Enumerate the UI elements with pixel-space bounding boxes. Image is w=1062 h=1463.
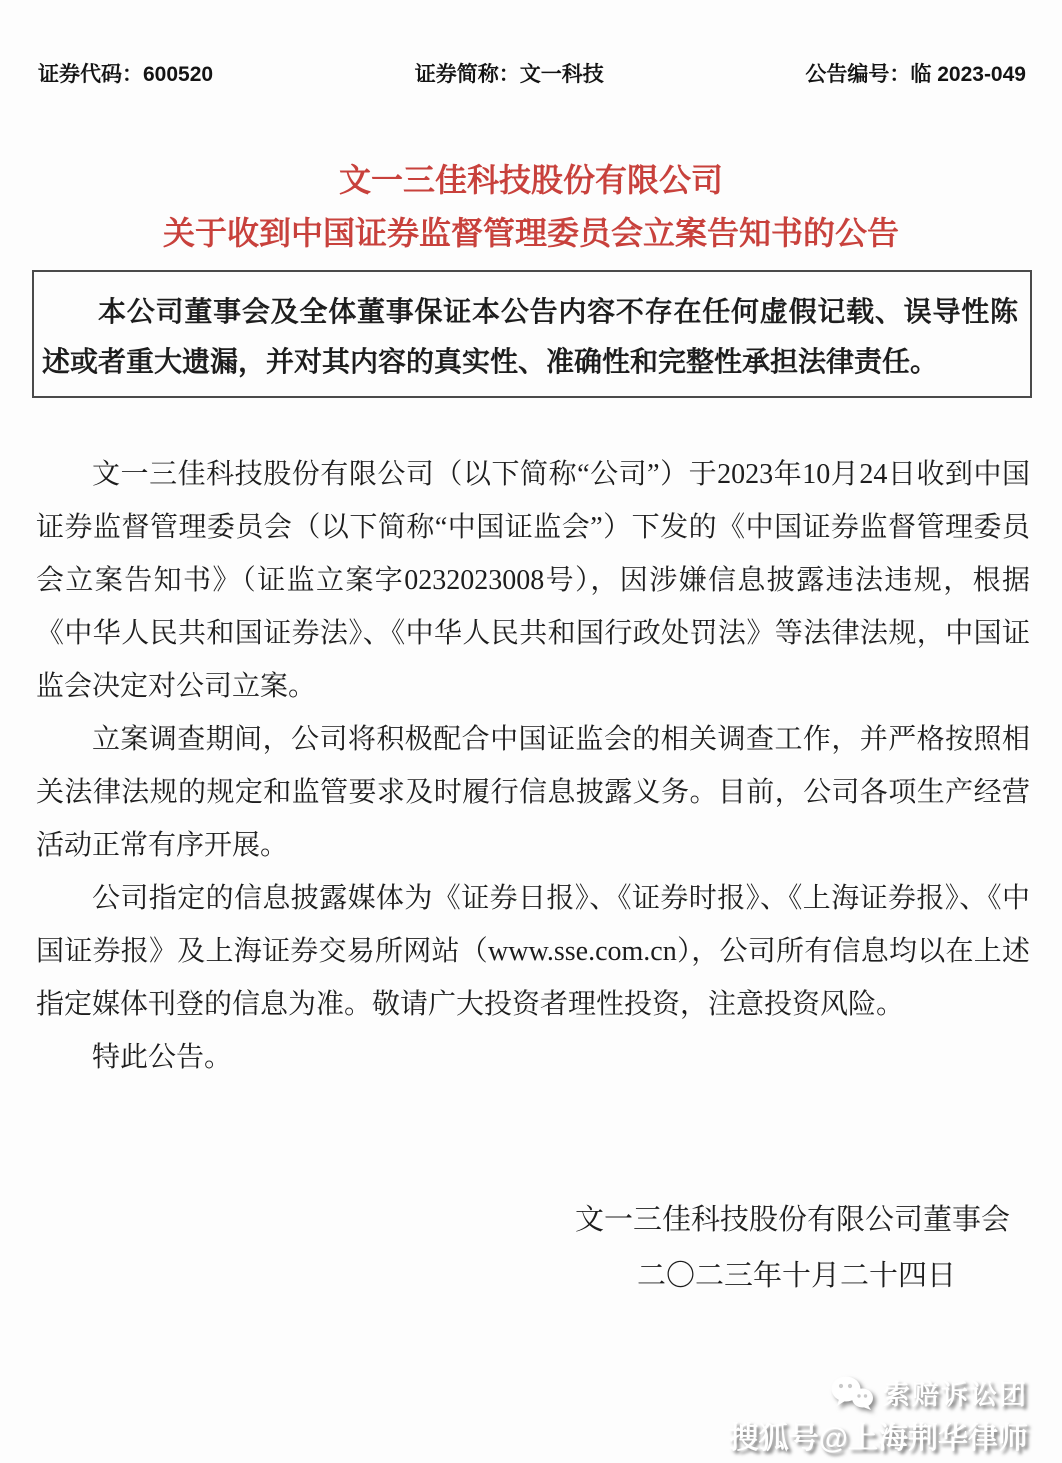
body-paragraph-2: 立案调查期间，公司将积极配合中国证监会的相关调查工作，并严格按照相关法律法规的规… (36, 713, 1030, 872)
watermark-line-1: 索赔诉讼团 (729, 1373, 1028, 1412)
document-header: 证券代码：600520 证券简称：文一科技 公告编号：临 2023-049 (0, 58, 1062, 88)
watermark-text-1: 索赔诉讼团 (883, 1373, 1028, 1412)
signature-company: 文一三佳科技股份有限公司董事会 (0, 1192, 1062, 1248)
announcement-document: 证券代码：600520 证券简称：文一科技 公告编号：临 2023-049 文一… (0, 0, 1062, 1463)
disclaimer-box: 本公司董事会及全体董事保证本公告内容不存在任何虚假记载、误导性陈述或者重大遗漏，… (32, 270, 1032, 398)
document-body: 文一三佳科技股份有限公司（以下简称“公司”）于2023年10月24日收到中国证券… (36, 448, 1030, 1084)
signature-date: 二〇二三年十月二十四日 (0, 1248, 1062, 1304)
watermark-text-2: 搜狐号@上海荆华律师 (729, 1413, 1028, 1457)
body-paragraph-1: 文一三佳科技股份有限公司（以下简称“公司”）于2023年10月24日收到中国证券… (36, 448, 1030, 713)
closing-statement: 特此公告。 (36, 1031, 1030, 1084)
watermark: 索赔诉讼团 搜狐号@上海荆华律师 (729, 1373, 1028, 1457)
announcement-title: 关于收到中国证券监督管理委员会立案告知书的公告 (0, 207, 1062, 260)
announcement-number: 公告编号：临 2023-049 (805, 58, 1026, 88)
title-block: 文一三佳科技股份有限公司 关于收到中国证券监督管理委员会立案告知书的公告 (0, 154, 1062, 260)
signature-block: 文一三佳科技股份有限公司董事会 二〇二三年十月二十四日 (0, 1192, 1062, 1304)
stock-short-name: 证券简称：文一科技 (415, 58, 604, 88)
company-title: 文一三佳科技股份有限公司 (0, 154, 1062, 207)
wechat-icon (829, 1375, 875, 1411)
stock-code: 证券代码：600520 (38, 58, 213, 88)
body-paragraph-3: 公司指定的信息披露媒体为《证券日报》、《证券时报》、《上海证券报》、《中国证券报… (36, 872, 1030, 1031)
disclaimer-text: 本公司董事会及全体董事保证本公告内容不存在任何虚假记载、误导性陈述或者重大遗漏，… (42, 288, 1018, 388)
